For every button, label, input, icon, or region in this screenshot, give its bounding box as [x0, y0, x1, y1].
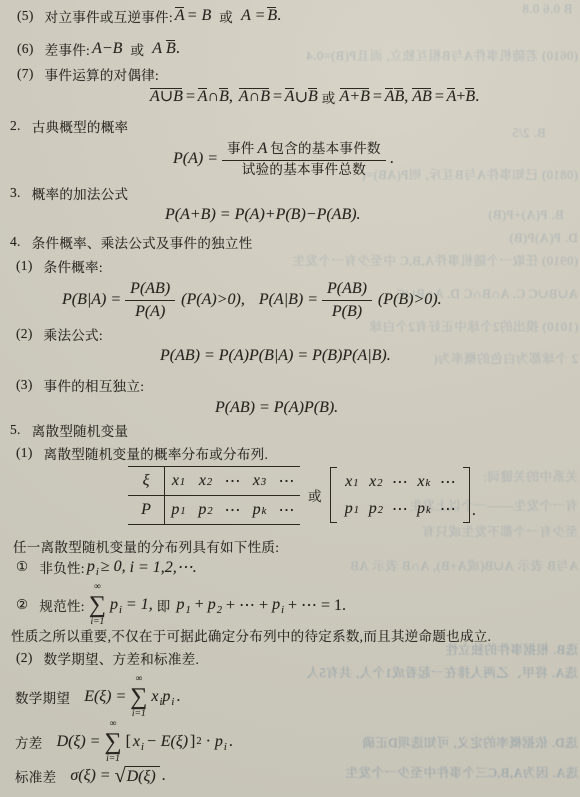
math-anb-bar: A∩B — [239, 88, 270, 106]
sub: i — [141, 742, 144, 753]
section-title: 古典概型的概率 — [32, 116, 129, 136]
matrix-rows: x1 x2 ⋯ xk ⋯ p1 p2 ⋯ pk ⋯ — [337, 467, 463, 523]
matrix-row-p: p1 p2 ⋯ pk ⋯ — [340, 495, 460, 522]
item-number: (2) — [16, 650, 33, 666]
item-number: (6) — [17, 41, 34, 57]
period: . — [472, 502, 476, 520]
table-header-xi: ξ — [128, 467, 165, 495]
textbook-page: B 0.6 0.8 (0610) 若随机事件A与B相互独立, 而且P(B)=0.… — [0, 0, 580, 797]
math-a-bar: A — [285, 88, 295, 106]
sub: i — [281, 605, 284, 616]
sub: 1 — [186, 605, 191, 616]
sigma-symbol: ∑ — [104, 730, 121, 754]
sum-upper-limit: ∞ — [94, 583, 101, 593]
math-lhs: P(B|A) = — [62, 291, 121, 309]
math-b-bar: B — [308, 88, 318, 106]
matrix-row-x: x1 x2 ⋯ xk ⋯ — [340, 468, 460, 495]
math-a-bar: A — [198, 88, 208, 106]
page-content: (5) 对立事件或互逆事件: A = B 或 A = B . (6) 差事件: … — [0, 0, 580, 797]
item-label: 乘法公式: — [44, 324, 103, 344]
matrix-cell: x1 — [340, 473, 364, 491]
math-eq-one: = 1, — [126, 596, 153, 614]
comma: , — [229, 88, 233, 106]
math-geq-zero: ≥ 0, — [101, 558, 126, 576]
left-square-bracket: [ — [126, 733, 131, 751]
item-number: (2) — [16, 326, 33, 342]
item-label: 事件的相互独立: — [44, 375, 145, 395]
numerator-text: 事件 — [227, 141, 255, 158]
fraction-numerator: P(AB) — [125, 279, 175, 301]
table-row-p: P p1 p2 ⋯ pk ⋯ — [128, 496, 300, 524]
item-number: (5) — [17, 8, 34, 24]
var: x — [151, 688, 158, 705]
math-formula: P(AB) = P(A)P(B). — [215, 399, 338, 417]
matrix-cell: p1 — [340, 500, 364, 518]
item-difference-event: (6) 差事件: A−B 或 A B . — [17, 39, 180, 59]
item-duality-law: (7) 事件运算的对偶律: — [17, 64, 159, 84]
equals: = — [272, 88, 283, 106]
that-is-text: 即 — [157, 595, 171, 615]
formula-duality-law: A∪B = A ∩ B , A∩B = A ∪ B 或 A+B = A B , … — [150, 87, 479, 107]
matrix-cell: xk — [412, 473, 436, 491]
var: p — [177, 596, 185, 613]
item-number: (7) — [17, 66, 34, 82]
intro-text: 任一离散型随机变量的分布列具有如下性质: — [13, 536, 279, 556]
section-discrete-random-variable: 5. 离散型随机变量 — [10, 420, 128, 440]
fraction: P(AB) P(B) — [322, 279, 372, 322]
matrix-cell: p2 — [364, 500, 388, 518]
formula-classical-probability: P(A) = 事件 A 包含的基本事件数 试验的基本事件总数 . — [173, 138, 394, 180]
math-lhs: P(A) = — [173, 150, 218, 168]
table-cell-dots: ⋯ — [273, 500, 300, 520]
math-b-bar: B — [267, 7, 277, 25]
property-note: 性质之所以重要,不仅在于可据此确定分布列中的待定系数,而且其逆命题也成立. — [11, 625, 491, 645]
item-multiplication-formula: (2) 乘法公式: — [16, 324, 103, 344]
plus-dots-eq-one: + ⋯ = 1. — [288, 595, 346, 615]
section-title: 离散型随机变量 — [32, 420, 129, 440]
formula-expectation: 数学期望 E(ξ) = ∞ ∑ i=1 xi pi . — [15, 676, 180, 718]
math-p1: p1 — [177, 596, 191, 614]
matrix-cell-dots: ⋯ — [388, 499, 412, 519]
math-aub-bar: A∪B — [150, 88, 183, 106]
distribution-table: ξ x1 x2 ⋯ x3 ⋯ P p1 p2 ⋯ pk ⋯ — [128, 466, 300, 525]
math-p2: p2 — [208, 596, 222, 614]
math-a: A — [152, 40, 162, 58]
var: p — [198, 501, 206, 519]
math-eq-b: = B — [187, 7, 212, 25]
period: . — [390, 150, 394, 168]
period: . — [277, 7, 281, 25]
sigma-symbol: ∑ — [130, 685, 147, 709]
matrix-cell-dots: ⋯ — [436, 499, 460, 519]
period: . — [475, 88, 479, 106]
math-p-i: pi — [110, 596, 122, 614]
math-lhs: P(A|B) = — [259, 291, 318, 309]
sigma-symbol: ∑ — [89, 593, 106, 617]
section-number: 5. — [10, 422, 21, 438]
item-independence: (3) 事件的相互独立: — [16, 375, 144, 395]
fraction-numerator: P(AB) — [322, 279, 372, 301]
left-bracket — [330, 467, 337, 523]
table-header-p: P — [128, 496, 165, 524]
var: p — [272, 596, 280, 613]
matrix-cell-dots: ⋯ — [436, 472, 460, 492]
item-label: 数学期望、方差和标准差. — [44, 648, 199, 668]
math-lhs: σ(ξ) = — [70, 767, 110, 785]
math-a-bar: A — [447, 88, 457, 106]
distribution-block: ξ x1 x2 ⋯ x3 ⋯ P p1 p2 ⋯ pk ⋯ 或 — [128, 462, 476, 528]
math-p-i: pi — [87, 558, 99, 576]
math-x-i: xi — [133, 733, 144, 751]
math-p-i: pi — [272, 596, 284, 614]
math-p-i: pi — [162, 688, 174, 706]
item-conditional-probability: (1) 条件概率: — [16, 256, 103, 276]
note-text: 性质之所以重要,不仅在于可据此确定分布列中的待定系数,而且其逆命题也成立. — [11, 625, 491, 645]
math-minus-expectation: − E(ξ) — [146, 733, 188, 751]
period: . — [176, 688, 180, 706]
fraction-numerator: 事件 A 包含的基本事件数 — [222, 139, 386, 161]
table-cell-dots: ⋯ — [273, 471, 300, 491]
section-title: 概率的加法公式 — [32, 183, 129, 203]
label-expectation: 数学期望 — [15, 687, 70, 707]
square-root: √ D(ξ) — [115, 766, 160, 786]
label-standard-deviation: 标准差 — [15, 766, 56, 786]
right-bracket — [463, 467, 470, 523]
math-b-bar: B — [219, 88, 229, 106]
fraction: P(AB) P(A) — [125, 279, 175, 322]
item-opposite-events: (5) 对立事件或互逆事件: A = B 或 A = B . — [17, 6, 281, 26]
math-a-bar: A — [175, 7, 185, 25]
sub: i — [224, 742, 227, 753]
item-number: (1) — [16, 445, 33, 461]
equals: = — [434, 88, 445, 106]
var: p — [215, 733, 223, 750]
section-conditional-probability: 4. 条件概率、乘法公式及事件的独立性 — [10, 232, 253, 252]
properties-intro: 任一离散型随机变量的分布列具有如下性质: — [13, 536, 279, 556]
summation: ∞ ∑ i=1 — [89, 583, 106, 628]
var: p — [369, 500, 377, 518]
period: . — [176, 40, 180, 58]
equals: = — [372, 88, 383, 106]
math-b-bar: B — [394, 88, 404, 106]
item-expectation-variance: (2) 数学期望、方差和标准差. — [16, 648, 199, 668]
or-text: 或 — [219, 6, 233, 26]
formula-addition: P(A+B) = P(A)+P(B)−P(AB). — [165, 206, 361, 224]
formula-multiplication: P(AB) = P(A)P(B|A) = P(B)P(A|B). — [160, 347, 391, 365]
formula-standard-deviation: 标准差 σ(ξ) = √ D(ξ) . — [15, 763, 166, 789]
section-number: 4. — [10, 234, 21, 250]
math-b-bar: B — [166, 40, 176, 58]
comma: , — [404, 88, 408, 106]
sub: i — [96, 567, 99, 578]
table-row-xi: ξ x1 x2 ⋯ x3 ⋯ — [128, 467, 300, 496]
distribution-matrix: x1 x2 ⋯ xk ⋯ p1 p2 ⋯ pk ⋯ — [330, 467, 470, 523]
fraction-denominator: P(A) — [135, 301, 165, 322]
item-label: 对立事件或互逆事件: — [45, 6, 173, 26]
sub: i — [171, 697, 174, 708]
or-text: 或 — [308, 485, 322, 505]
sum-upper-limit: ∞ — [110, 720, 117, 730]
formula-variance: 方差 D(ξ) = ∞ ∑ i=1 [ xi − E(ξ) ]2 · pi . — [15, 720, 233, 764]
item-number: ① — [16, 559, 28, 575]
plus: + — [195, 596, 204, 614]
item-label: 事件运算的对偶律: — [45, 64, 159, 84]
formula-independence: P(AB) = P(A)P(B). — [215, 399, 338, 417]
table-cell: p2 — [192, 501, 219, 519]
section-classical-probability: 2. 古典概型的概率 — [10, 116, 128, 136]
matrix-cell: x2 — [364, 473, 388, 491]
math-i-range: i = 1,2,⋯. — [130, 557, 197, 577]
summation: ∞ ∑ i=1 — [104, 720, 121, 765]
section-title: 条件概率、乘法公式及事件的独立性 — [32, 232, 253, 252]
math-formula: P(A+B) = P(A)+P(B)−P(AB). — [165, 206, 361, 224]
var: x — [345, 473, 352, 491]
math-formula: P(AB) = P(A)P(B|A) = P(B)P(A|B). — [160, 347, 391, 365]
section-number: 3. — [10, 185, 21, 201]
item-number: (3) — [16, 377, 33, 393]
item-label: 离散型随机变量的概率分布或分布列. — [44, 443, 268, 463]
intersect: ∩ — [208, 88, 220, 106]
plus-dots: + ⋯ + — [226, 595, 268, 615]
var: x — [417, 473, 424, 491]
math-condition: (P(A)>0), — [181, 291, 245, 309]
item-number: ② — [16, 597, 28, 613]
var: p — [208, 596, 216, 613]
var: x — [369, 473, 376, 491]
property-normalization: ② 规范性: ∞ ∑ i=1 pi = 1, 即 p1 + p2 + ⋯ + p… — [16, 582, 346, 628]
var: x — [253, 472, 260, 490]
right-square-bracket: ] — [190, 733, 195, 751]
label-variance: 方差 — [15, 732, 43, 752]
table-cell-dots: ⋯ — [219, 471, 246, 491]
var: x — [133, 733, 140, 750]
item-label: 条件概率: — [44, 256, 103, 276]
table-cell-dots: ⋯ — [219, 500, 246, 520]
sum-upper-limit: ∞ — [135, 675, 142, 685]
table-cell: p1 — [165, 501, 192, 519]
var: p — [253, 501, 261, 519]
sub: i — [119, 605, 122, 616]
property-nonnegativity: ① 非负性: pi ≥ 0, i = 1,2,⋯. — [16, 557, 197, 577]
matrix-cell: pk — [412, 500, 436, 518]
var: p — [87, 558, 95, 575]
summation: ∞ ∑ i=1 — [130, 675, 147, 720]
multiplication-dot: · — [206, 733, 211, 751]
math-x-i: xi — [151, 688, 162, 706]
math-a: A — [258, 139, 268, 159]
matrix-cell-dots: ⋯ — [388, 472, 412, 492]
math-a-eq: A = — [241, 7, 265, 25]
sum-lower-limit: i=1 — [132, 710, 146, 720]
union: ∪ — [295, 87, 308, 107]
fraction: 事件 A 包含的基本事件数 试验的基本事件总数 — [222, 139, 386, 179]
fraction-denominator: 试验的基本事件总数 — [242, 161, 366, 179]
item-number: (1) — [16, 258, 33, 274]
or-text: 或 — [322, 87, 336, 107]
fraction-denominator: P(B) — [332, 301, 362, 322]
numerator-text: 包含的基本事件数 — [270, 141, 380, 158]
var: p — [171, 501, 179, 519]
table-cell: x2 — [192, 472, 219, 490]
var: p — [162, 688, 170, 705]
item-label: 非负性: — [39, 557, 84, 577]
period: . — [162, 767, 166, 785]
table-cell: x1 — [165, 472, 192, 490]
math-condition: (P(B)>0). — [378, 291, 442, 309]
item-label: 差事件: — [45, 39, 90, 59]
radicand: D(ξ) — [125, 766, 160, 786]
math-lhs: E(ξ) = — [84, 688, 126, 706]
period: . — [229, 733, 233, 751]
section-addition-formula: 3. 概率的加法公式 — [10, 183, 128, 203]
var: x — [172, 472, 179, 490]
table-cell: x3 — [246, 472, 273, 490]
math-aplusb-bar: A+B — [340, 88, 370, 106]
table-cell: pk — [246, 501, 273, 519]
or-text: 或 — [130, 39, 144, 59]
math-lhs: D(ξ) = — [57, 733, 101, 751]
var: p — [417, 500, 425, 518]
item-label: 规范性: — [39, 595, 84, 615]
math-b-bar: B — [465, 88, 475, 106]
math-ab-bar: AB — [412, 88, 432, 106]
section-number: 2. — [10, 118, 21, 134]
equals: = — [185, 88, 196, 106]
formula-conditional: P(B|A) = P(AB) P(A) (P(A)>0), P(A|B) = P… — [62, 278, 442, 322]
math-a-minus-b: A−B — [92, 40, 122, 58]
var: x — [199, 472, 206, 490]
var: p — [110, 596, 118, 613]
item-distribution-list: (1) 离散型随机变量的概率分布或分布列. — [16, 443, 268, 463]
sub: 2 — [217, 605, 222, 616]
var: p — [345, 500, 353, 518]
math-p-i: pi — [215, 733, 227, 751]
